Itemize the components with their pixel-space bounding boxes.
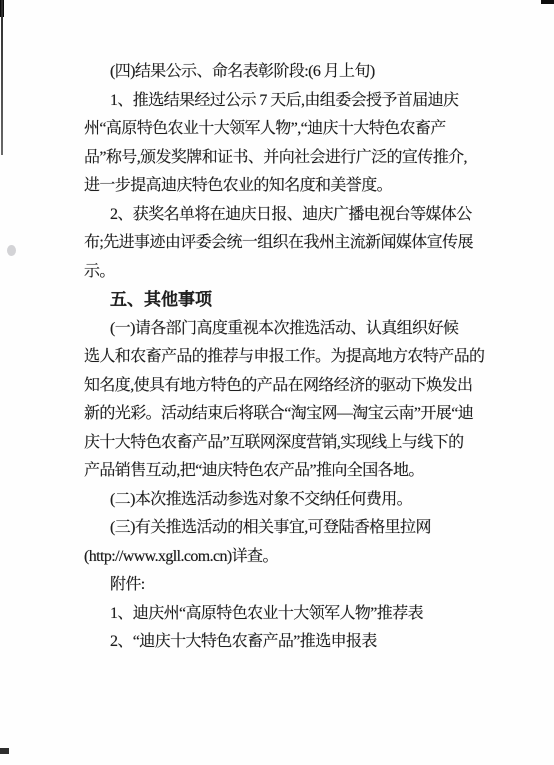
attachment-item-1: 1、迪庆州“高原特色农业十大领军人物”推荐表 <box>84 600 490 629</box>
doc-line: 示。 <box>84 258 490 287</box>
section-5-heading: 五、其他事项 <box>84 286 490 315</box>
doc-line: 布;先进事迹由评委会统一组织在我州主流新闻媒体宣传展 <box>84 229 490 258</box>
doc-line: 知名度,使具有地方特色的产品在网络经济的驱动下焕发出 <box>84 372 490 401</box>
doc-line: 州“高原特色农业十大领军人物”,“迪庆十大特色农畜产 <box>84 115 490 144</box>
website-line: (http://www.xgll.com.cn)详查。 <box>84 543 490 572</box>
doc-line: (二)本次推选活动参选对象不交纳任何费用。 <box>84 486 490 515</box>
document-body: (四)结果公示、命名表彰阶段:(6 月上旬) 1、推选结果经过公示 7 天后,由… <box>84 58 490 657</box>
doc-line: 2、获奖名单将在迪庆日报、迪庆广播电视台等媒体公 <box>84 201 490 230</box>
doc-line: 进一步提高迪庆特色农业的知名度和美誉度。 <box>84 172 490 201</box>
doc-line: (一)请各部门高度重视本次推选活动、认真组织好候 <box>84 315 490 344</box>
doc-line: 庆十大特色农畜产品”互联网深度营销,实现线上与线下的 <box>84 429 490 458</box>
doc-line: 1、推选结果经过公示 7 天后,由组委会授予首届迪庆 <box>84 87 490 116</box>
doc-line: 产品销售互动,把“迪庆特色农产品”推向全国各地。 <box>84 457 490 486</box>
scanned-document-page: (四)结果公示、命名表彰阶段:(6 月上旬) 1、推选结果经过公示 7 天后,由… <box>0 0 554 765</box>
scan-artifact-left-edge-line <box>1 0 3 155</box>
doc-line: 新的光彩。活动结束后将联合“淘宝网—淘宝云南”开展“迪 <box>84 400 490 429</box>
scan-artifact-bottom-left-speck <box>0 748 9 754</box>
doc-line: (三)有关推选活动的相关事宜,可登陆香格里拉网 <box>84 514 490 543</box>
attachment-item-2: 2、“迪庆十大特色农畜产品”推选申报表 <box>84 628 490 657</box>
scan-artifact-top-right-mark <box>541 0 554 4</box>
doc-line: 选人和农畜产品的推荐与申报工作。为提高地方农特产品的 <box>84 343 490 372</box>
stage-4-heading-line: (四)结果公示、命名表彰阶段:(6 月上旬) <box>84 58 490 87</box>
scan-artifact-left-speck <box>7 245 16 256</box>
doc-line: 品”称号,颁发奖牌和证书、并向社会进行广泛的宣传推介, <box>84 144 490 173</box>
attachments-label: 附件: <box>84 571 490 600</box>
